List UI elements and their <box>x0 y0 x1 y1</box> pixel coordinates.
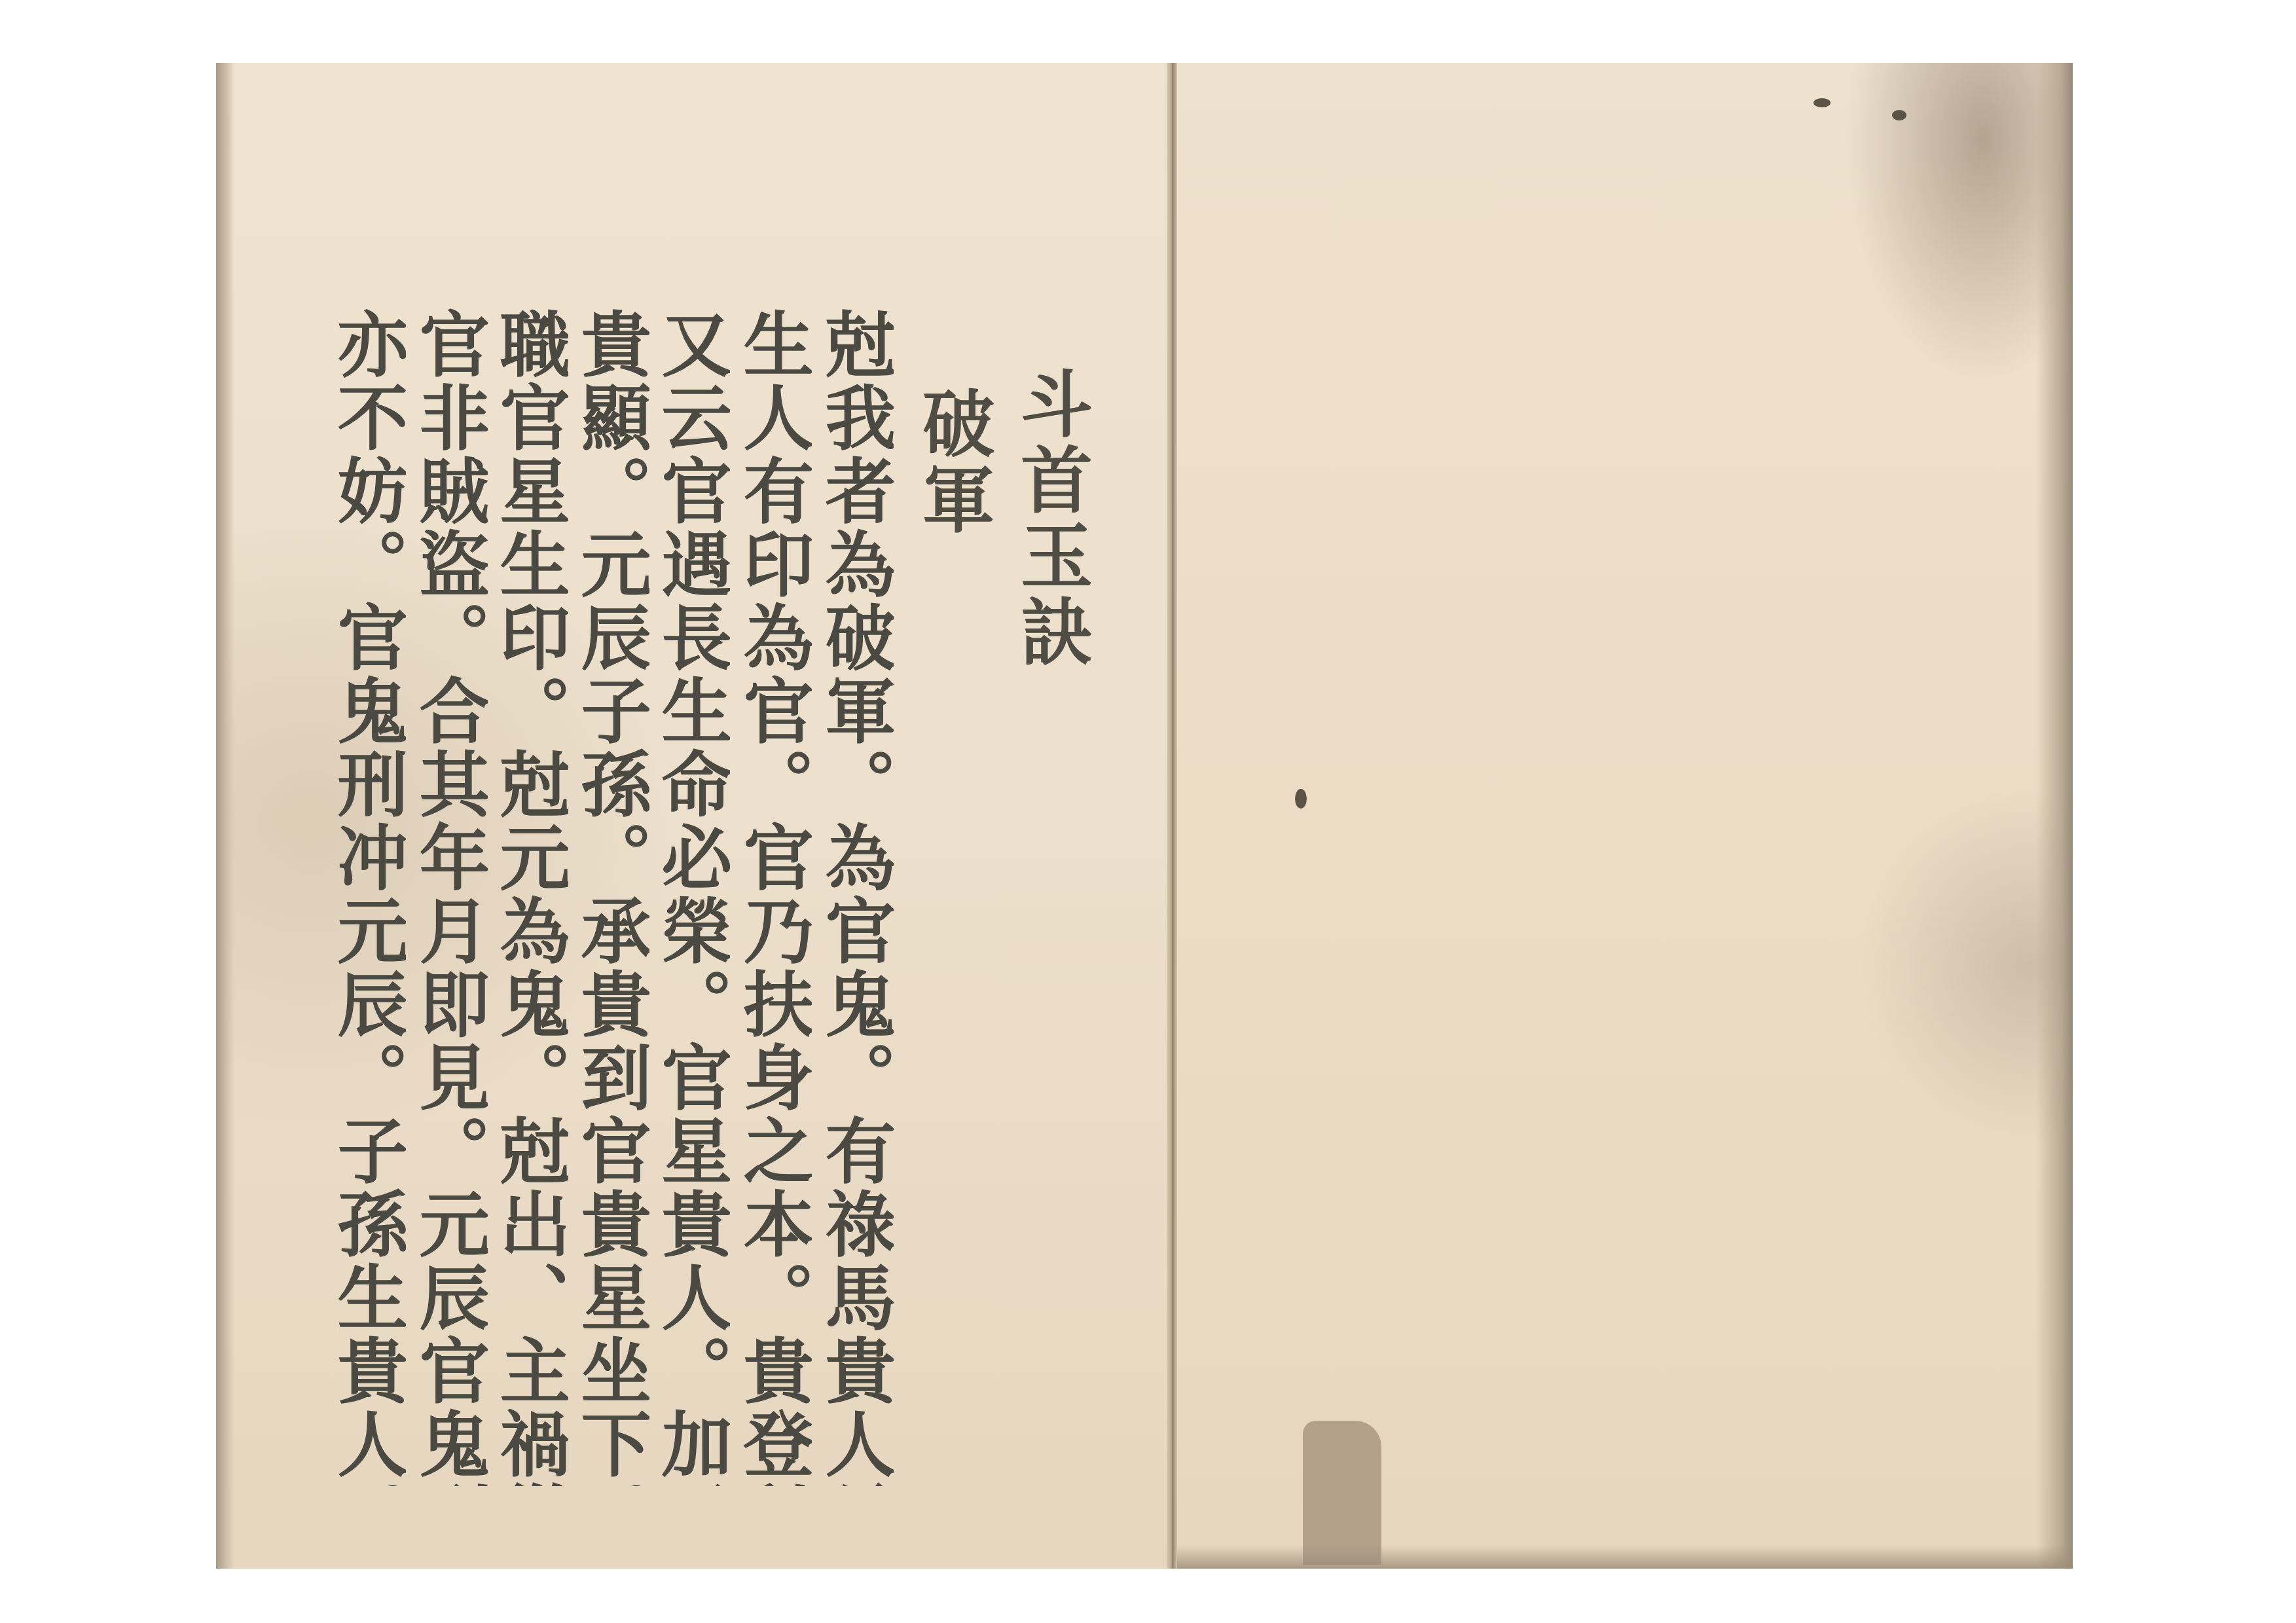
water-stain <box>1303 1421 1381 1565</box>
text-column-7: 亦不妨。官鬼刑冲元辰。子孫生貴人。財星子孫制之。主禍 <box>327 308 406 1486</box>
right-edge-stain <box>2036 63 2073 1569</box>
bottom-edge-stain <box>1177 1545 2073 1569</box>
text-column-2: 生人有印為官。官乃扶身之本。貴登科第。必是財旺生官。 <box>733 308 812 1486</box>
ink-speck <box>1813 98 1831 107</box>
ink-speck <box>1295 789 1307 809</box>
text-column-3: 又云官遇長生命必榮。官星貴人。加于元辰子孫坐下。當年 <box>651 308 730 1486</box>
text-column-1: 尅我者為破軍。為官鬼。有祿馬貴人長生。官生印。印生元 <box>815 308 894 1486</box>
text-column-5: 職官星生印。尅元為鬼。尅出、主禍從內出。尅入、主禍從外入。 <box>490 308 568 1486</box>
text-column-6: 官非賊盜。合其年月即見。元辰官鬼刑冲。有貴人坐下。禍 <box>409 308 488 1486</box>
section-heading: 破軍 <box>913 386 992 538</box>
ink-speck <box>1892 110 1906 120</box>
page-title: 斗首玉訣 <box>1011 367 1090 670</box>
text-column-4: 貴顯。元辰子孫。承貴到官貴星坐下。奉承其官。拜封加 <box>571 308 649 1486</box>
left-page-edge <box>216 63 234 1569</box>
right-page-blank <box>1177 63 2073 1569</box>
book-gutter <box>1167 63 1177 1569</box>
